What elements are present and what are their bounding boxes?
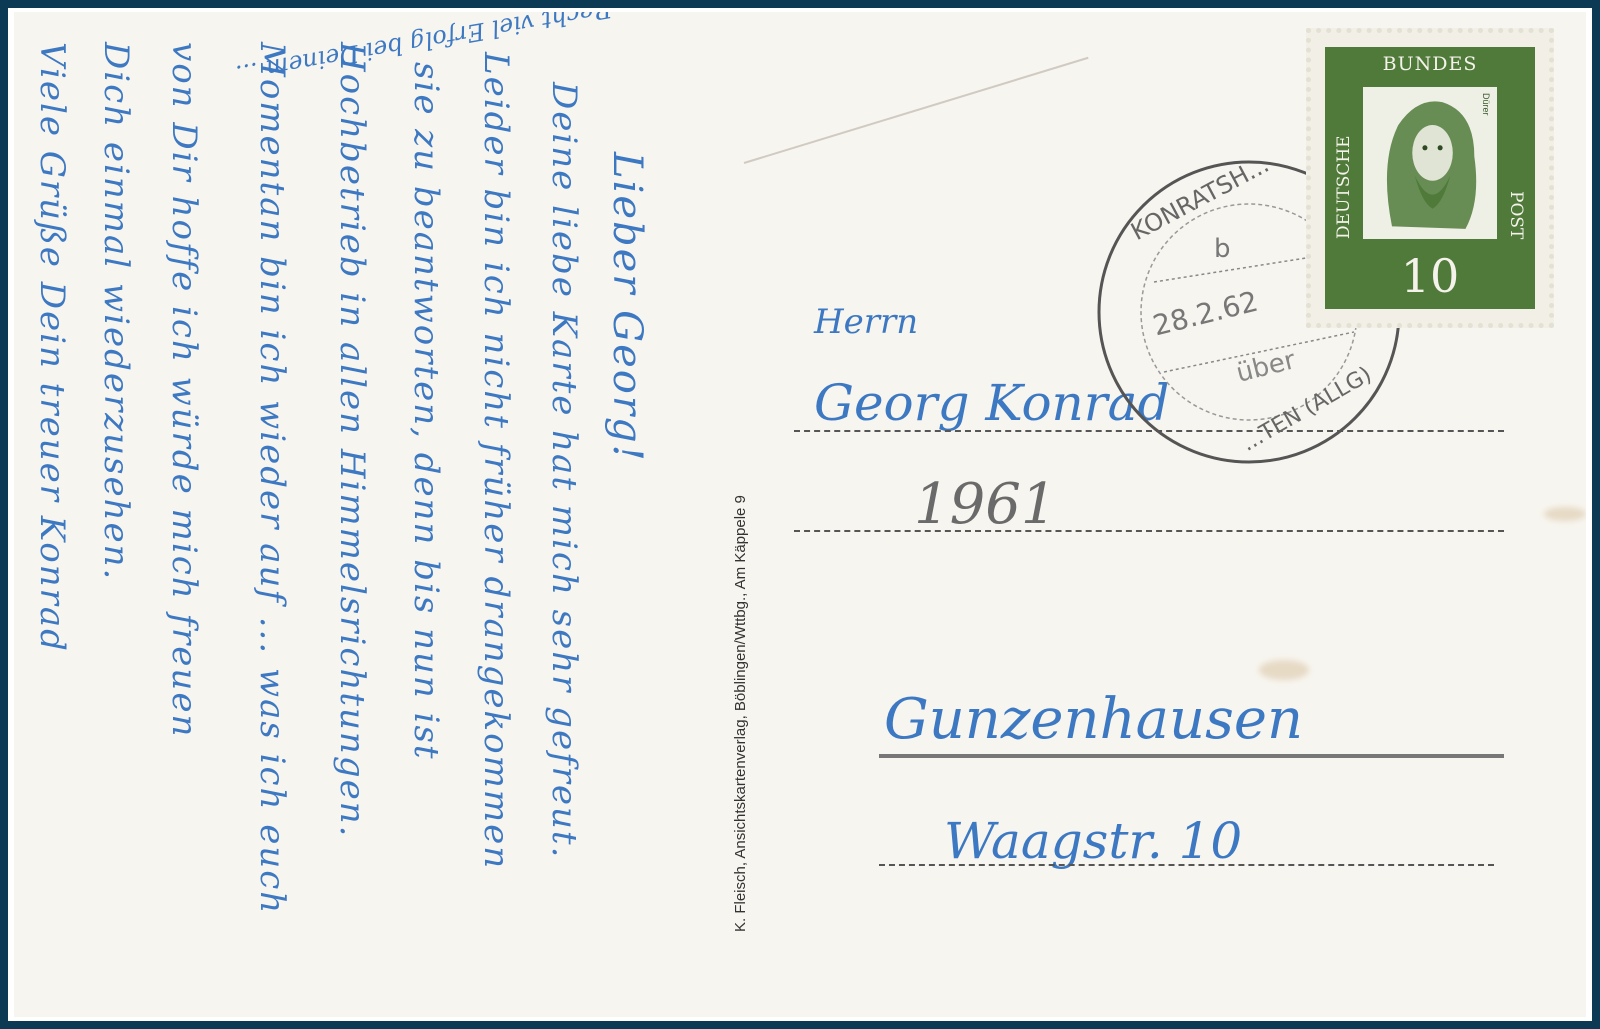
postage-stamp: BUNDES DEUTSCHE POST Dürer 10: [1306, 28, 1554, 328]
message-line: sie zu beantworten, denn bis nun ist: [406, 62, 446, 761]
paper-crease: [744, 57, 1089, 164]
address-street: Waagstr. 10: [944, 812, 1242, 870]
message-salutation: Lieber Georg!: [604, 152, 650, 463]
stamp-portrait-label: Dürer: [1481, 93, 1491, 116]
stamp-right-text: POST: [1499, 87, 1533, 239]
postmark-letter: b: [1214, 234, 1231, 264]
stamp-value: 10: [1325, 249, 1535, 303]
pencil-note: 1961: [914, 472, 1057, 537]
address-city: Gunzenhausen: [884, 687, 1303, 752]
stamp-left-text: DEUTSCHE: [1327, 87, 1361, 239]
stamp-body: BUNDES DEUTSCHE POST Dürer 10: [1325, 47, 1535, 309]
publisher-imprint: K. Fleisch, Ansichtskartenverlag, Böblin…: [732, 112, 749, 932]
address-line-4: [879, 864, 1494, 866]
message-line: Leider bin ich nicht früher drangekommen: [476, 52, 516, 870]
message-line: von Dir hoffe ich würde mich freuen: [164, 42, 204, 738]
portrait-icon: [1363, 87, 1497, 239]
stamp-top-text: BUNDES: [1325, 53, 1535, 75]
stamp-portrait: Dürer: [1363, 87, 1497, 239]
paper-stain: [1544, 507, 1586, 521]
message-line: Dich einmal wiederzusehen.: [96, 42, 136, 581]
postcard-back: Lieber Georg! Deine liebe Karte hat mich…: [14, 12, 1586, 1017]
address-line-2: [794, 530, 1504, 532]
paper-stain: [1259, 660, 1309, 680]
message-line: Viele Grüße Dein treuer Konrad: [32, 42, 72, 653]
address-salutation: Herrn: [814, 302, 918, 342]
message-line: Momentan bin ich wieder auf ... was ich …: [252, 42, 292, 915]
message-line: Hochbetrieb in allen Himmelsrichtungen.: [332, 42, 372, 838]
message-line: Deine liebe Karte hat mich sehr gefreut.: [544, 82, 584, 859]
address-city-underline: [879, 754, 1504, 758]
